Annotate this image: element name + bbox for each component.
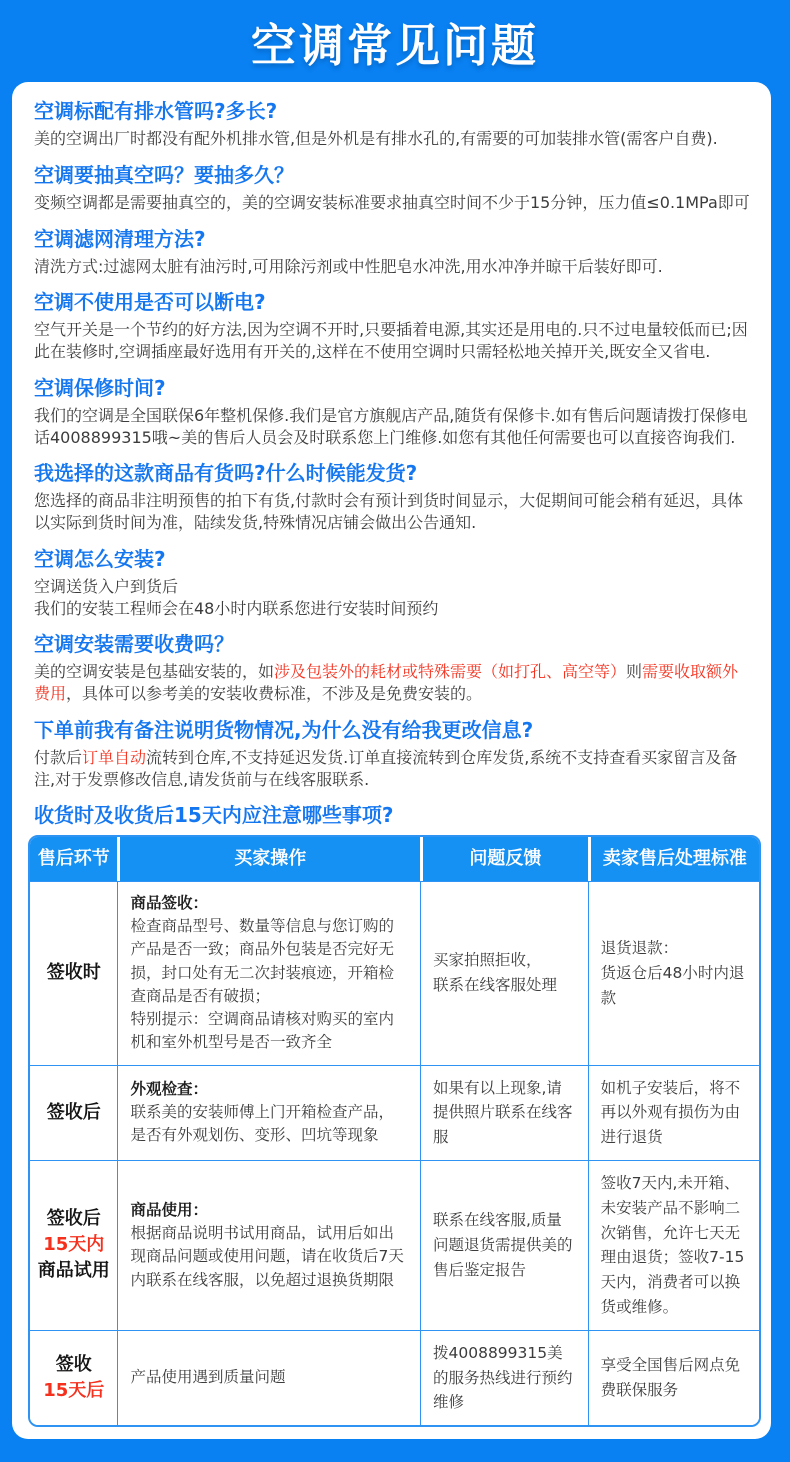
problem-feedback-line: 联系在线客服处理 xyxy=(433,973,576,998)
seller-standard-line: 如机子安装后，将不再以外观有损伤为由进行退货 xyxy=(601,1076,747,1150)
buyer-operation-line: 联系美的安装师傅上门开箱检查产品，是否有外观划伤、变形、凹坑等现象 xyxy=(130,1101,408,1148)
cell-seller-standard: 签收7天内,未开箱、未安装产品不影响二次销售，允许七天无理由退货；签收7-15天… xyxy=(588,1160,759,1330)
seller-standard-line: 货返仓后48小时内退款 xyxy=(601,961,747,1011)
stage-line: 商品试用 xyxy=(33,1258,114,1284)
page-title: 空调常见问题 xyxy=(251,9,539,74)
faq-question: 空调滤网清理方法? xyxy=(34,227,753,251)
cell-seller-standard: 退货退款：货返仓后48小时内退款 xyxy=(588,881,759,1065)
table-section-title: 收货时及收货后15天内应注意哪些事项? xyxy=(34,803,753,827)
after-sales-table: 售后环节买家操作问题反馈卖家售后处理标准 签收时商品签收：检查商品型号、数量等信… xyxy=(30,837,759,1425)
faq-answer-line: 我们的空调是全国联保6年整机保修.我们是官方旗舰店产品,随货有保修卡.如有售后问… xyxy=(34,405,753,449)
answer-text: 美的空调安装是包基础安装的，如 xyxy=(34,662,274,681)
cell-problem-feedback: 联系在线客服,质量问题退货需提供美的售后鉴定报告 xyxy=(420,1160,588,1330)
buyer-operation-line: 根据商品说明书试用商品，试用后如出现商品问题或使用问题，请在收货后7天内联系在线… xyxy=(130,1222,408,1292)
faq-answer: 变频空调都是需要抽真空的，美的空调安装标准要求抽真空时间不少于15分钟，压力值≤… xyxy=(34,192,753,214)
buyer-operation-line: 产品使用遇到质量问题 xyxy=(130,1366,408,1389)
cell-problem-feedback: 如果有以上现象,请提供照片联系在线客服 xyxy=(420,1065,588,1160)
faq-answer: 您选择的商品非注明预售的拍下有货,付款时会有预计到货时间显示，大促期间可能会稍有… xyxy=(34,490,753,534)
faq-question: 空调不使用是否可以断电? xyxy=(34,290,753,314)
cell-seller-standard: 如机子安装后，将不再以外观有损伤为由进行退货 xyxy=(588,1065,759,1160)
cell-stage: 签收后 xyxy=(30,1065,117,1160)
buyer-operation-title: 商品签收： xyxy=(130,892,408,915)
cell-buyer-operation: 商品使用：根据商品说明书试用商品，试用后如出现商品问题或使用问题，请在收货后7天… xyxy=(117,1160,420,1330)
faq-answer-line: 变频空调都是需要抽真空的，美的空调安装标准要求抽真空时间不少于15分钟，压力值≤… xyxy=(34,192,753,214)
answer-highlight: 涉及包装外的耗材或特殊需要（如打孔、高空等） xyxy=(274,662,626,681)
stage-line: 签收 xyxy=(33,1352,114,1378)
table-body: 签收时商品签收：检查商品型号、数量等信息与您订购的产品是否一致；商品外包装是否完… xyxy=(30,881,759,1425)
faq-question: 空调保修时间? xyxy=(34,376,753,400)
faq-answer-line: 美的空调安装是包基础安装的，如涉及包装外的耗材或特殊需要（如打孔、高空等）则需要… xyxy=(34,661,753,705)
table-header-cell: 买家操作 xyxy=(117,837,420,881)
faq-answer-line: 我们的安装工程师会在48小时内联系您进行安装时间预约 xyxy=(34,598,753,620)
faq-question: 下单前我有备注说明货物情况,为什么没有给我更改信息? xyxy=(34,718,753,742)
faq-answer-line: 空调送货入户到货后 xyxy=(34,576,753,598)
faq-item: 空调怎么安装?空调送货入户到货后我们的安装工程师会在48小时内联系您进行安装时间… xyxy=(34,547,753,620)
faq-item: 我选择的这款商品有货吗?什么时候能发货?您选择的商品非注明预售的拍下有货,付款时… xyxy=(34,461,753,534)
seller-standard-line: 签收7天内,未开箱、未安装产品不影响二次销售，允许七天无理由退货；签收7-15天… xyxy=(601,1171,747,1320)
faq-answer: 美的空调安装是包基础安装的，如涉及包装外的耗材或特殊需要（如打孔、高空等）则需要… xyxy=(34,661,753,705)
cell-stage: 签收后15天内商品试用 xyxy=(30,1160,117,1330)
faq-item: 下单前我有备注说明货物情况,为什么没有给我更改信息?付款后订单自动流转到仓库,不… xyxy=(34,718,753,791)
answer-text: 您选择的商品非注明预售的拍下有货,付款时会有预计到货时间显示，大促期间可能会稍有… xyxy=(34,491,743,532)
faq-answer: 付款后订单自动流转到仓库,不支持延迟发货.订单直接流转到仓库发货,系统不支持查看… xyxy=(34,747,753,791)
faq-question: 空调怎么安装? xyxy=(34,547,753,571)
seller-standard-line: 退货退款： xyxy=(601,936,747,961)
buyer-operation-title: 商品使用： xyxy=(130,1199,408,1222)
answer-text: 付款后 xyxy=(34,748,82,767)
answer-text: 空调送货入户到货后 xyxy=(34,577,178,596)
table-header-row: 售后环节买家操作问题反馈卖家售后处理标准 xyxy=(30,837,759,881)
faq-item: 空调安装需要收费吗？美的空调安装是包基础安装的，如涉及包装外的耗材或特殊需要（如… xyxy=(34,632,753,705)
faq-item: 空调标配有排水管吗?多长?美的空调出厂时都没有配外机排水管,但是外机是有排水孔的… xyxy=(34,99,753,150)
answer-text: 变频空调都是需要抽真空的，美的空调安装标准要求抽真空时间不少于15分钟，压力值≤… xyxy=(34,193,750,212)
cell-seller-standard: 享受全国售后网点免费联保服务 xyxy=(588,1330,759,1425)
table-header-cell: 卖家售后处理标准 xyxy=(588,837,759,881)
answer-text: 空气开关是一个节约的好方法,因为空调不开时,只要插着电源,其实还是用电的.只不过… xyxy=(34,320,748,361)
table-header-cell: 售后环节 xyxy=(30,837,117,881)
stage-line: 签收后 xyxy=(33,1100,114,1126)
faq-question: 空调标配有排水管吗?多长? xyxy=(34,99,753,123)
faq-answer-line: 美的空调出厂时都没有配外机排水管,但是外机是有排水孔的,有需要的可加装排水管(需… xyxy=(34,128,753,150)
faq-answer: 空气开关是一个节约的好方法,因为空调不开时,只要插着电源,其实还是用电的.只不过… xyxy=(34,319,753,363)
answer-text: 清洗方式:过滤网太脏有油污时,可用除污剂或中性肥皂水冲洗,用水冲净并晾干后装好即… xyxy=(34,257,663,276)
faq-item: 空调不使用是否可以断电?空气开关是一个节约的好方法,因为空调不开时,只要插着电源… xyxy=(34,290,753,363)
stage-line: 签收后 xyxy=(33,1206,114,1232)
answer-text: 则 xyxy=(626,662,642,681)
table-row: 签收后外观检查：联系美的安装师傅上门开箱检查产品，是否有外观划伤、变形、凹坑等现… xyxy=(30,1065,759,1160)
answer-highlight: 订单自动 xyxy=(82,748,146,767)
buyer-operation-line: 检查商品型号、数量等信息与您订购的产品是否一致；商品外包装是否完好无损，封口处有… xyxy=(130,915,408,1008)
buyer-operation-line: 特别提示：空调商品请核对购买的室内机和室外机型号是否一致齐全 xyxy=(130,1008,408,1055)
faq-answer-line: 您选择的商品非注明预售的拍下有货,付款时会有预计到货时间显示，大促期间可能会稍有… xyxy=(34,490,753,534)
faq-list: 空调标配有排水管吗?多长?美的空调出厂时都没有配外机排水管,但是外机是有排水孔的… xyxy=(34,99,753,790)
answer-text: 我们的安装工程师会在48小时内联系您进行安装时间预约 xyxy=(34,599,438,618)
answer-text: 我们的空调是全国联保6年整机保修.我们是官方旗舰店产品,随货有保修卡.如有售后问… xyxy=(34,406,747,447)
seller-standard-line: 享受全国售后网点免费联保服务 xyxy=(601,1353,747,1403)
faq-item: 空调保修时间?我们的空调是全国联保6年整机保修.我们是官方旗舰店产品,随货有保修… xyxy=(34,376,753,449)
faq-answer: 清洗方式:过滤网太脏有油污时,可用除污剂或中性肥皂水冲洗,用水冲净并晾干后装好即… xyxy=(34,256,753,278)
answer-text: ，具体可以参考美的安装收费标准，不涉及是免费安装的。 xyxy=(66,684,482,703)
faq-question: 空调安装需要收费吗？ xyxy=(34,632,753,656)
answer-text: 美的空调出厂时都没有配外机排水管,但是外机是有排水孔的,有需要的可加装排水管(需… xyxy=(34,129,718,148)
cell-stage: 签收时 xyxy=(30,881,117,1065)
faq-item: 空调要抽真空吗？要抽多久？变频空调都是需要抽真空的，美的空调安装标准要求抽真空时… xyxy=(34,163,753,214)
faq-answer: 我们的空调是全国联保6年整机保修.我们是官方旗舰店产品,随货有保修卡.如有售后问… xyxy=(34,405,753,449)
cell-buyer-operation: 产品使用遇到质量问题 xyxy=(117,1330,420,1425)
page: { "page": { "title": "空调常见问题" }, "colors… xyxy=(0,0,790,1462)
stage-line-red: 15天后 xyxy=(33,1378,114,1404)
table-row: 签收后15天内商品试用商品使用：根据商品说明书试用商品，试用后如出现商品问题或使… xyxy=(30,1160,759,1330)
faq-answer: 美的空调出厂时都没有配外机排水管,但是外机是有排水孔的,有需要的可加装排水管(需… xyxy=(34,128,753,150)
stage-line: 签收时 xyxy=(33,960,114,986)
problem-feedback-line: 买家拍照拒收， xyxy=(433,948,576,973)
cell-problem-feedback: 拨4008899315美的服务热线进行预约维修 xyxy=(420,1330,588,1425)
faq-card: 空调标配有排水管吗?多长?美的空调出厂时都没有配外机排水管,但是外机是有排水孔的… xyxy=(12,82,771,1439)
faq-answer-line: 付款后订单自动流转到仓库,不支持延迟发货.订单直接流转到仓库发货,系统不支持查看… xyxy=(34,747,753,791)
faq-answer-line: 空气开关是一个节约的好方法,因为空调不开时,只要插着电源,其实还是用电的.只不过… xyxy=(34,319,753,363)
cell-buyer-operation: 商品签收：检查商品型号、数量等信息与您订购的产品是否一致；商品外包装是否完好无损… xyxy=(117,881,420,1065)
faq-answer: 空调送货入户到货后我们的安装工程师会在48小时内联系您进行安装时间预约 xyxy=(34,576,753,620)
faq-question: 我选择的这款商品有货吗?什么时候能发货? xyxy=(34,461,753,485)
after-sales-table-wrap: 售后环节买家操作问题反馈卖家售后处理标准 签收时商品签收：检查商品型号、数量等信… xyxy=(28,835,761,1427)
page-header: 空调常见问题 xyxy=(0,0,790,82)
buyer-operation-title: 外观检查： xyxy=(130,1078,408,1101)
table-header-cell: 问题反馈 xyxy=(420,837,588,881)
table-row: 签收时商品签收：检查商品型号、数量等信息与您订购的产品是否一致；商品外包装是否完… xyxy=(30,881,759,1065)
stage-line-red: 15天内 xyxy=(33,1232,114,1258)
problem-feedback-line: 如果有以上现象,请提供照片联系在线客服 xyxy=(433,1076,576,1150)
cell-buyer-operation: 外观检查：联系美的安装师傅上门开箱检查产品，是否有外观划伤、变形、凹坑等现象 xyxy=(117,1065,420,1160)
table-row: 签收15天后产品使用遇到质量问题拨4008899315美的服务热线进行预约维修享… xyxy=(30,1330,759,1425)
faq-question: 空调要抽真空吗？要抽多久？ xyxy=(34,163,753,187)
cell-stage: 签收15天后 xyxy=(30,1330,117,1425)
cell-problem-feedback: 买家拍照拒收，联系在线客服处理 xyxy=(420,881,588,1065)
problem-feedback-line: 拨4008899315美的服务热线进行预约维修 xyxy=(433,1341,576,1415)
problem-feedback-line: 联系在线客服,质量问题退货需提供美的售后鉴定报告 xyxy=(433,1208,576,1282)
faq-item: 空调滤网清理方法?清洗方式:过滤网太脏有油污时,可用除污剂或中性肥皂水冲洗,用水… xyxy=(34,227,753,278)
faq-answer-line: 清洗方式:过滤网太脏有油污时,可用除污剂或中性肥皂水冲洗,用水冲净并晾干后装好即… xyxy=(34,256,753,278)
